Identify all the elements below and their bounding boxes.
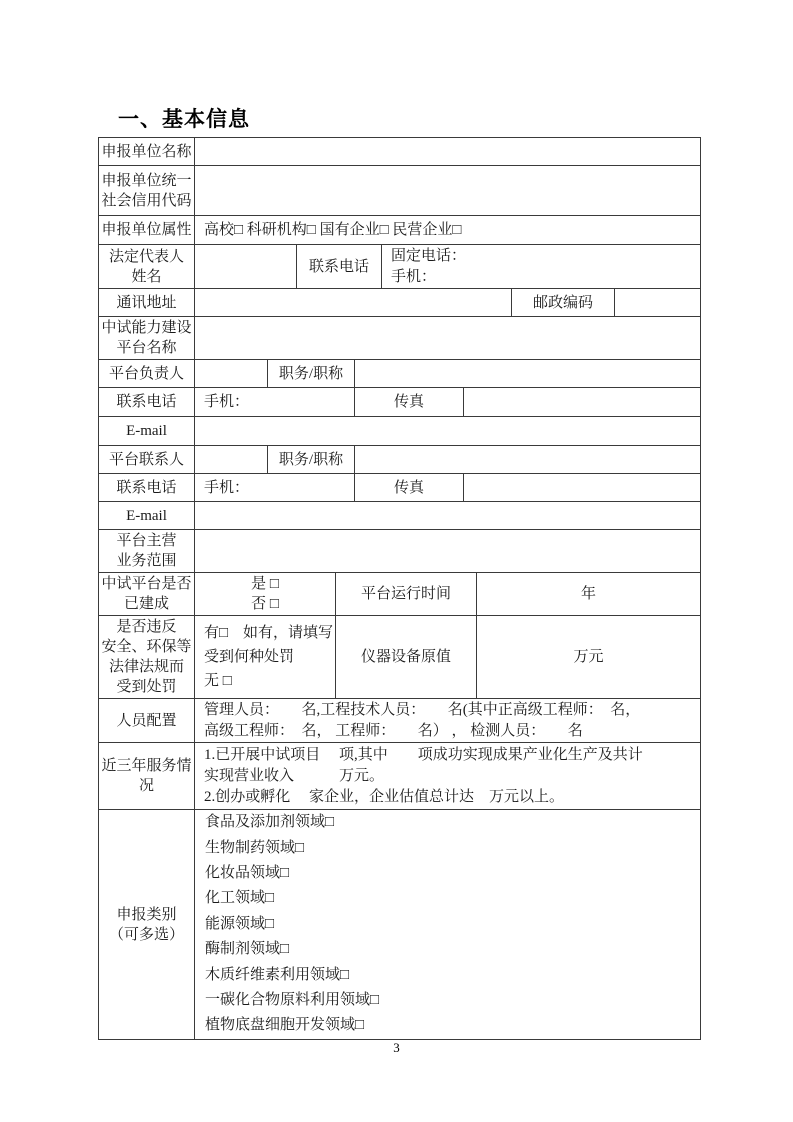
basic-info-table: 申报单位名称 申报单位统一 社会信用代码 申报单位属性 高校□ 科研机构□ 国有… [98, 137, 701, 1040]
leader-fax-label: 传真 [355, 388, 464, 416]
row-platform-name: 中试能力建设 平台名称 [99, 317, 700, 360]
unit-name-label: 申报单位名称 [99, 138, 195, 165]
document-page: 一、基本信息 申报单位名称 申报单位统一 社会信用代码 申报单位属性 高校□ 科… [0, 0, 793, 1122]
row-contact-phone: 联系电话 手机： 传真 [99, 474, 700, 502]
address-label: 通讯地址 [99, 289, 195, 316]
platform-built-label: 中试平台是否 已建成 [99, 573, 195, 615]
row-credit-code: 申报单位统一 社会信用代码 [99, 166, 700, 216]
row-business-scope: 平台主营 业务范围 [99, 530, 700, 573]
contact-fax-input[interactable] [464, 474, 700, 501]
address-input[interactable] [195, 289, 512, 316]
contact-email-label: E-mail [99, 502, 195, 529]
runtime-input[interactable]: 年 [477, 573, 700, 615]
category-checkbox-plant-chassis-cell[interactable]: 植物底盘细胞开发领域□ [205, 1013, 364, 1038]
contact-title-label: 职务/职称 [268, 446, 355, 473]
equipment-value-input[interactable]: 万元 [477, 616, 700, 698]
violation-checkbox-options[interactable]: 有□ 如有，请填写 受到何种处罚 无 □ [195, 616, 336, 698]
page-number: 3 [0, 1040, 793, 1056]
credit-code-label: 申报单位统一 社会信用代码 [99, 166, 195, 215]
category-checkbox-lignocellulose[interactable]: 木质纤维素利用领域□ [205, 963, 349, 988]
leader-title-input[interactable] [355, 360, 700, 387]
business-scope-input[interactable] [195, 530, 700, 572]
row-unit-type: 申报单位属性 高校□ 科研机构□ 国有企业□ 民营企业□ [99, 216, 700, 245]
category-checkbox-enzyme[interactable]: 酶制剂领域□ [205, 937, 289, 962]
legal-rep-phone-label: 联系电话 [297, 245, 382, 288]
violation-label: 是否违反 安全、环保等 法律法规而 受到处罚 [99, 616, 195, 698]
contact-mobile-input[interactable]: 手机： [195, 474, 355, 501]
postcode-label: 邮政编码 [512, 289, 615, 316]
category-checkbox-chemical[interactable]: 化工领域□ [205, 886, 274, 911]
category-checkbox-energy[interactable]: 能源领域□ [205, 912, 274, 937]
platform-name-label: 中试能力建设 平台名称 [99, 317, 195, 359]
category-checkbox-biopharma[interactable]: 生物制药领域□ [205, 836, 304, 861]
platform-contact-input[interactable] [195, 446, 268, 473]
contact-title-input[interactable] [355, 446, 700, 473]
row-staffing: 人员配置 管理人员： 名,工程技术人员： 名(其中正高级工程师： 名， 高级工程… [99, 699, 700, 743]
platform-built-checkbox-options[interactable]: 是 □ 否 □ [195, 573, 336, 615]
categories-checkbox-list: 食品及添加剂领域□ 生物制药领域□ 化妆品领域□ 化工领域□ 能源领域□ 酶制剂… [195, 810, 700, 1039]
row-address: 通讯地址 邮政编码 [99, 289, 700, 317]
platform-leader-label: 平台负责人 [99, 360, 195, 387]
staffing-input[interactable]: 管理人员： 名,工程技术人员： 名(其中正高级工程师： 名， 高级工程师： 名，… [195, 699, 700, 742]
contact-email-input[interactable] [195, 502, 700, 529]
platform-leader-input[interactable] [195, 360, 268, 387]
section-title: 一、基本信息 [118, 103, 250, 133]
unit-type-checkbox-options[interactable]: 高校□ 科研机构□ 国有企业□ 民营企业□ [195, 216, 700, 244]
leader-email-label: E-mail [99, 417, 195, 445]
service-record-input[interactable]: 1.已开展中试项目 项,其中 项成功实现成果产业化生产及共计 实现营业收入 万元… [195, 743, 700, 809]
contact-phone-label: 联系电话 [99, 474, 195, 501]
legal-rep-label: 法定代表人 姓名 [99, 245, 195, 288]
platform-name-input[interactable] [195, 317, 700, 359]
staffing-label: 人员配置 [99, 699, 195, 742]
row-violation: 是否违反 安全、环保等 法律法规而 受到处罚 有□ 如有，请填写 受到何种处罚 … [99, 616, 700, 699]
contact-fax-label: 传真 [355, 474, 464, 501]
leader-mobile-input[interactable]: 手机： [195, 388, 355, 416]
legal-rep-name-input[interactable] [195, 245, 297, 288]
service-record-label: 近三年服务情 况 [99, 743, 195, 809]
row-platform-contact: 平台联系人 职务/职称 [99, 446, 700, 474]
unit-type-label: 申报单位属性 [99, 216, 195, 244]
row-platform-built: 中试平台是否 已建成 是 □ 否 □ 平台运行时间 年 [99, 573, 700, 616]
business-scope-label: 平台主营 业务范围 [99, 530, 195, 572]
row-platform-leader: 平台负责人 职务/职称 [99, 360, 700, 388]
row-unit-name: 申报单位名称 [99, 138, 700, 166]
row-leader-email: E-mail [99, 417, 700, 446]
row-contact-email: E-mail [99, 502, 700, 530]
unit-name-input[interactable] [195, 138, 700, 165]
legal-rep-phone-input[interactable]: 固定电话： 手机： [382, 245, 700, 288]
row-leader-phone: 联系电话 手机： 传真 [99, 388, 700, 417]
platform-contact-label: 平台联系人 [99, 446, 195, 473]
row-categories: 申报类别 （可多选） 食品及添加剂领域□ 生物制药领域□ 化妆品领域□ 化工领域… [99, 810, 700, 1039]
category-checkbox-food-additives[interactable]: 食品及添加剂领域□ [205, 810, 334, 835]
category-checkbox-c1-feedstock[interactable]: 一碳化合物原料利用领域□ [205, 988, 379, 1013]
credit-code-input[interactable] [195, 166, 700, 215]
leader-phone-label: 联系电话 [99, 388, 195, 416]
runtime-label: 平台运行时间 [336, 573, 477, 615]
equipment-value-label: 仪器设备原值 [336, 616, 477, 698]
row-legal-rep: 法定代表人 姓名 联系电话 固定电话： 手机： [99, 245, 700, 289]
leader-fax-input[interactable] [464, 388, 700, 416]
leader-title-label: 职务/职称 [268, 360, 355, 387]
category-checkbox-cosmetics[interactable]: 化妆品领域□ [205, 861, 289, 886]
categories-label: 申报类别 （可多选） [99, 810, 195, 1039]
postcode-input[interactable] [615, 289, 700, 316]
leader-email-input[interactable] [195, 417, 700, 445]
row-service-record: 近三年服务情 况 1.已开展中试项目 项,其中 项成功实现成果产业化生产及共计 … [99, 743, 700, 810]
